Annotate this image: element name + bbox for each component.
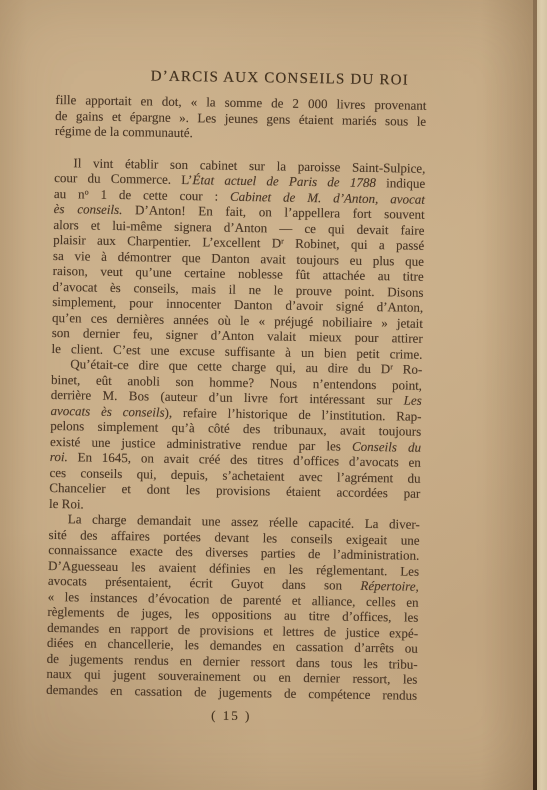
book-page-scan: D’ARCIS AUX CONSEILS DU ROI fille apport… <box>0 0 547 790</box>
paragraph: Il vint établir son cabinet sur la paroi… <box>51 154 425 361</box>
text-segment: Les <box>404 393 422 408</box>
text-segment: Ro- <box>393 361 423 376</box>
text-segment: le Roi. <box>49 495 84 511</box>
paragraph: La charge demandait une assez réelle cap… <box>46 511 420 703</box>
text-segment: ès conseils. <box>54 201 123 217</box>
text-segment: indique <box>376 175 425 191</box>
text-segment: 1 de cette cour : <box>89 186 231 203</box>
text-segment: avocats ès conseils <box>50 402 164 419</box>
running-header: D’ARCIS AUX CONSEILS DU ROI <box>134 68 426 92</box>
text-segment: roi. <box>50 449 68 464</box>
paragraph: fille apportait en dot, « la somme de 2 … <box>55 92 427 144</box>
text-segment: au n <box>54 185 85 200</box>
text-segment: régime de la communauté. <box>55 123 193 140</box>
paragraph: Qu’était-ce dire que cette charge qui, a… <box>49 356 422 517</box>
text-segment: Répertoire, <box>360 578 419 594</box>
body-text: fille apportait en dot, « la somme de 2 … <box>46 92 426 703</box>
tilted-page-content: D’ARCIS AUX CONSEILS DU ROI fille apport… <box>46 64 427 727</box>
text-segment: Conseils du <box>352 438 421 454</box>
text-segment: Robinet, qui a passé <box>284 236 425 253</box>
page-number: ( 15 ) <box>46 705 417 727</box>
page-edge-strip <box>537 0 547 790</box>
text-segment: cour du Commerce. L’ <box>54 170 192 187</box>
